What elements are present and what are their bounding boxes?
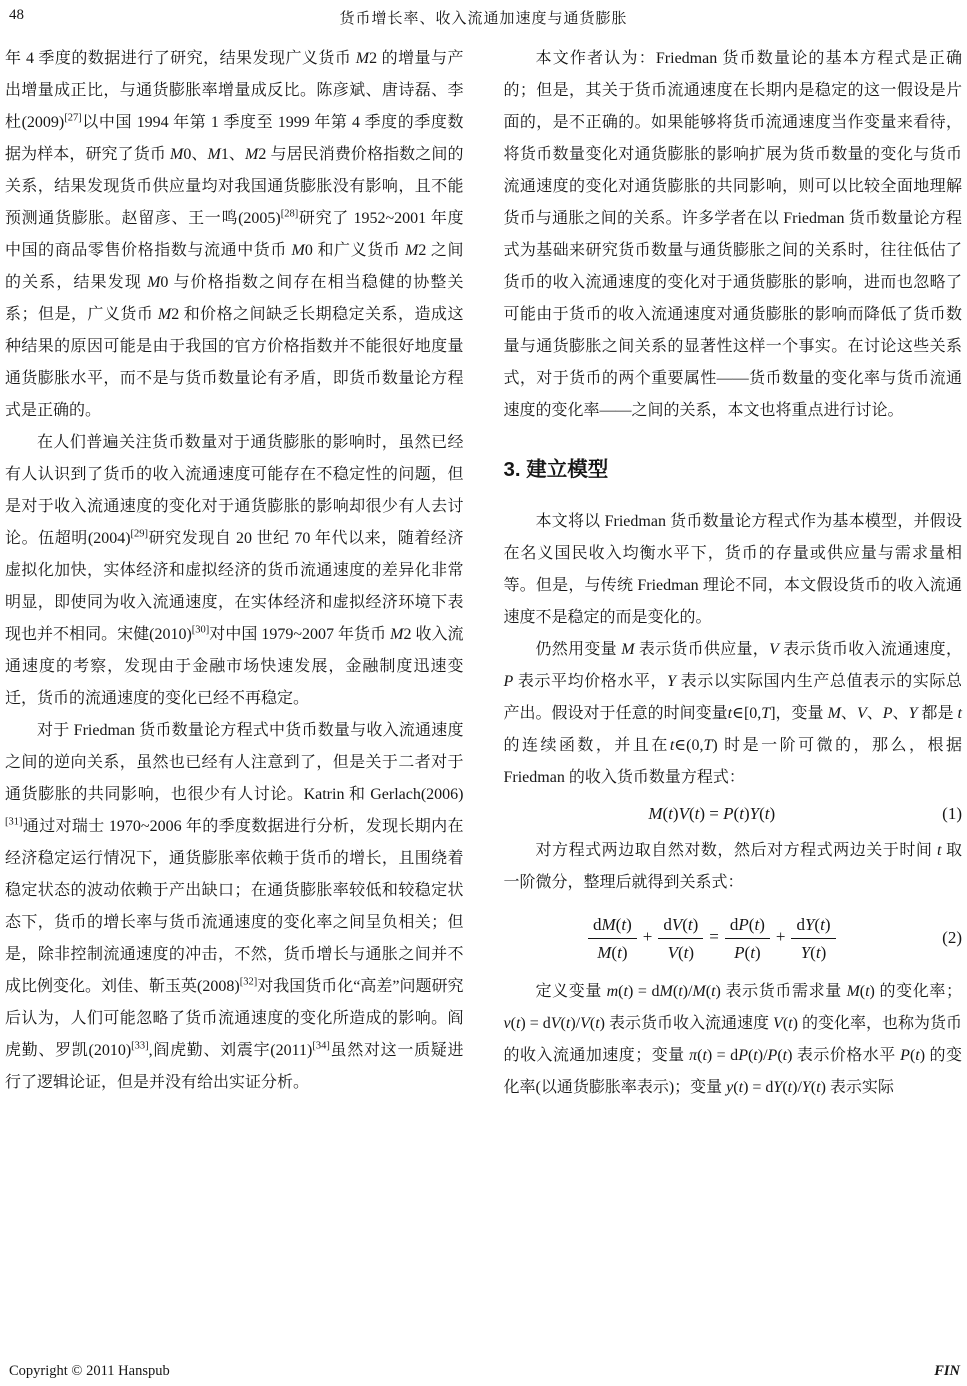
citation-ref: [29] [131,529,149,540]
fraction: dP(t)P(t) [725,911,770,966]
math-var: t [595,1015,599,1032]
math-var: t [753,1047,757,1064]
citation-ref: [34] [312,1041,330,1052]
paragraph: 在人们普遍关注货币数量对于通货膨胀的影响时，虽然已经有人认识到了货币的收入流通速… [5,427,464,715]
math-var: P [723,804,733,823]
equation: M(t)V(t) = P(t)Y(t)(1) [504,799,963,829]
math-var: t [865,983,869,1000]
paragraph: 本文将以 Friedman 货币数量论方程式作为基本模型，并假设在名义国民收入均… [504,506,963,634]
math-var: Y [909,705,918,722]
paragraph: 本文作者认为：Friedman 货币数量论的基本方程式是正确的；但是，其关于货币… [504,43,963,427]
math-var: M [170,146,183,163]
math-var: M [692,983,705,1000]
math-var: t [668,804,673,823]
math-var: t [750,943,755,962]
math-var: P [738,915,748,934]
math-var: Y [750,804,759,823]
math-var: t [711,983,715,1000]
math-var: P [883,705,893,722]
math-var: M [292,242,305,259]
citation-ref: [30] [192,625,210,636]
math-var: V [672,915,682,934]
operator: + [643,927,653,946]
page-number: 48 [9,7,24,24]
math-var: M [390,626,403,643]
math-var: P [900,1047,910,1064]
citation-ref: [27] [64,113,82,124]
equation-body: dM(t)M(t)+dV(t)V(t)=dP(t)P(t)+dY(t)Y(t) [504,911,921,966]
fraction: dY(t)Y(t) [791,911,835,966]
math-var: t [702,1047,706,1064]
fraction: dV(t)V(t) [658,911,703,966]
math-var: V [580,1015,590,1032]
section-heading: 3. 建立模型 [504,457,963,483]
math-var: t [765,804,770,823]
math-var: t [688,915,693,934]
math-var: M [245,146,258,163]
citation-ref: [31] [5,817,23,828]
math-var: T [761,705,770,722]
math-var: t [820,915,825,934]
math-var: t [783,1047,787,1064]
page-header: 48 货币增长率、收入流通加速度与通货膨胀 [0,7,967,29]
operator: + [776,927,786,946]
math-var: t [788,1079,792,1096]
math-var: y [726,1079,733,1096]
equation: dM(t)M(t)+dV(t)V(t)=dP(t)P(t)+dY(t)Y(t)(… [504,911,963,966]
math-var: M [405,242,418,259]
math-var: t [621,915,626,934]
math-var: t [678,983,682,1000]
math-var: Y [802,1079,811,1096]
math-var: Y [773,1079,782,1096]
math-var: t [728,705,732,722]
right-column: 本文作者认为：Friedman 货币数量论的基本方程式是正确的；但是，其关于货币… [504,43,963,1104]
running-title: 货币增长率、收入流通加速度与通货膨胀 [0,7,967,28]
math-var: v [504,1015,511,1032]
math-var: M [828,705,841,722]
paragraph: 定义变量 m(t) = dM(t)/M(t) 表示货币需求量 M(t) 的变化率… [504,976,963,1104]
math-var: V [668,943,678,962]
math-var: t [684,943,689,962]
math-var: t [695,804,700,823]
copyright-text: Copyright © 2011 Hanspub [9,1363,170,1380]
math-var: V [857,705,867,722]
math-var: M [597,943,611,962]
paragraph: 仍然用变量 M 表示货币供应量，V 表示货币收入流通速度，P 表示平均价格水平，… [504,634,963,794]
math-var: t [617,943,622,962]
math-var: Y [801,943,810,962]
two-column-body: 年 4 季度的数据进行了研究，结果发现广义货币 M2 的增量与产出增量成正比，与… [5,43,962,1104]
operator: = [709,927,719,946]
paragraph: 对方程式两边取自然对数，然后对方程式两边关于时间 t 取一阶微分，整理后就得到关… [504,835,963,899]
math-var: π [689,1047,697,1064]
fraction: dM(t)M(t) [588,911,637,966]
math-var: M [158,306,171,323]
math-var: P [734,943,744,962]
math-var: V [551,1015,561,1032]
left-column: 年 4 季度的数据进行了研究，结果发现广义货币 M2 的增量与产出增量成正比，与… [5,43,464,1104]
math-var: t [623,983,627,1000]
math-var: t [739,804,744,823]
math-var: P [738,1047,748,1064]
math-var: t [670,737,674,754]
math-var: V [769,641,779,658]
equation-body: M(t)V(t) = P(t)Y(t) [504,799,921,829]
math-var: t [788,1015,792,1032]
math-var: t [937,842,941,859]
paper-page: 48 货币增长率、收入流通加速度与通货膨胀 年 4 季度的数据进行了研究，结果发… [0,0,967,1386]
math-var: t [816,1079,820,1096]
equation-number: (1) [920,799,962,829]
math-var: M [147,274,160,291]
math-var: m [607,983,619,1000]
math-var: T [703,737,712,754]
math-var: M [208,146,221,163]
math-var: M [356,50,369,67]
math-var: Y [667,673,676,690]
math-var: M [660,983,673,1000]
math-var: t [566,1015,570,1032]
math-var: M [648,804,662,823]
math-var: t [816,943,821,962]
paragraph: 年 4 季度的数据进行了研究，结果发现广义货币 M2 的增量与产出增量成正比，与… [5,43,464,427]
journal-code: FIN [934,1363,960,1380]
math-var: V [679,804,689,823]
citation-ref: [33] [131,1041,149,1052]
math-var: M [601,915,615,934]
math-var: t [516,1015,520,1032]
paragraph: 对于 Friedman 货币数量论方程式中货币数量与收入流通速度之间的逆向关系，… [5,715,464,1099]
math-var: t [739,1079,743,1096]
math-var: P [768,1047,778,1064]
equation-number: (2) [920,923,962,953]
math-var: Y [805,915,814,934]
page-footer: Copyright © 2011 Hanspub FIN [9,1363,960,1380]
math-var: t [958,705,962,722]
math-var: P [504,673,514,690]
citation-ref: [28] [281,209,299,220]
math-var: t [754,915,759,934]
math-var: M [846,983,859,1000]
math-var: t [915,1047,919,1064]
math-var: M [621,641,634,658]
citation-ref: [32] [240,977,258,988]
math-var: V [773,1015,783,1032]
